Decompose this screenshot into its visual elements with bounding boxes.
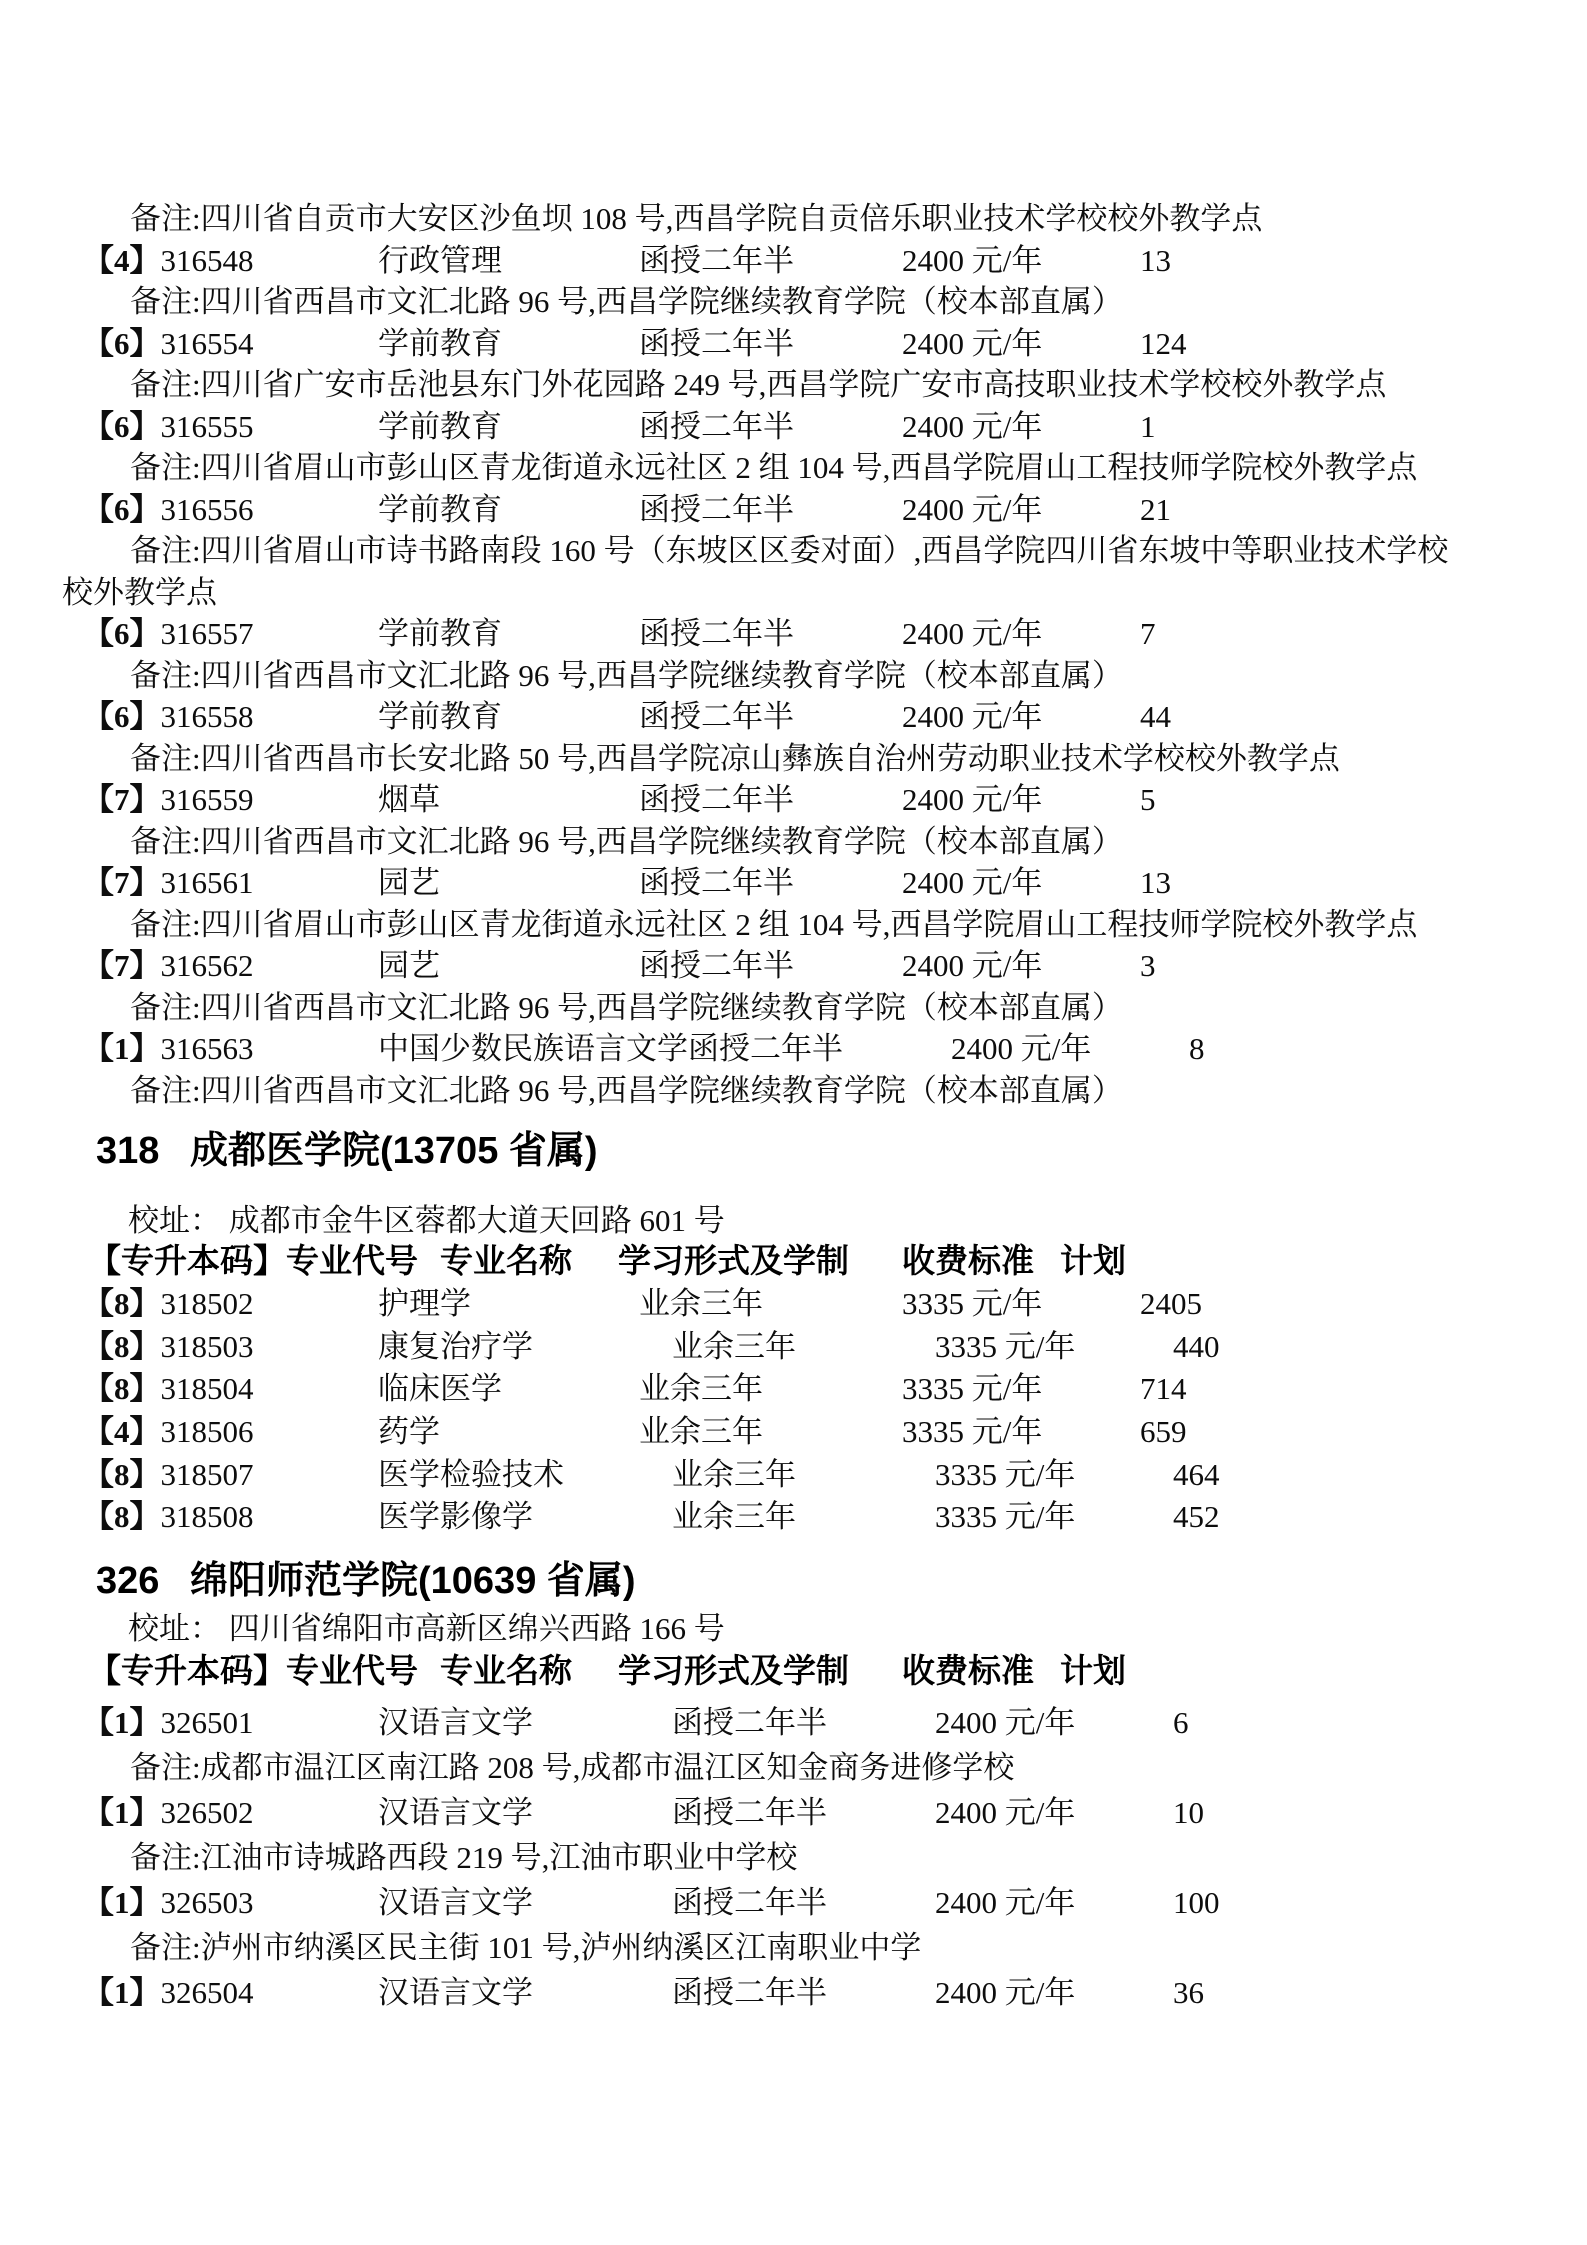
study-form: 函授二年半 [672, 1880, 935, 1925]
major-name: 药学 [378, 1411, 639, 1454]
program-code: 【4】318506 [83, 1411, 378, 1454]
batch-tag: 【6】 [83, 696, 161, 738]
col-header-plan: 计划 [1060, 1650, 1126, 1692]
fee-standard: 2400 元/年 [902, 862, 1140, 904]
major-name: 医学影像学 [378, 1496, 639, 1539]
remark-text: 校外教学点 [62, 575, 217, 610]
study-form: 函授二年半 [688, 1028, 951, 1070]
fee-standard: 3335 元/年 [935, 1326, 1173, 1369]
plan-count: 100 [1173, 1880, 1220, 1925]
col-header-code: 【专升本码】专业代号 [88, 1240, 440, 1282]
plan-count: 440 [1173, 1326, 1220, 1369]
batch-tag: 【8】 [83, 1496, 161, 1539]
program-code: 【6】316556 [83, 489, 378, 531]
major-name: 烟草 [378, 779, 639, 821]
plan-count: 7 [1140, 613, 1180, 655]
remark-line: 备注:四川省西昌市文汇北路 96 号,西昌学院继续教育学院（校本部直属） [0, 987, 1587, 1029]
remark-line: 备注:四川省自贡市大安区沙鱼坝 108 号,西昌学院自贡倍乐职业技术学校校外教学… [0, 198, 1587, 240]
major-name: 医学检验技术 [378, 1454, 639, 1497]
major-name: 行政管理 [378, 240, 639, 282]
col-header-form: 学习形式及学制 [618, 1240, 902, 1282]
major-code: 318503 [161, 1326, 254, 1369]
program-row: 【8】318504临床医学业余三年3335 元/年714 [0, 1368, 1587, 1411]
program-row: 【8】318502护理学业余三年3335 元/年2405 [0, 1283, 1587, 1326]
batch-tag: 【8】 [83, 1283, 161, 1326]
school-code: 318 [96, 1126, 190, 1176]
program-code: 【8】318508 [83, 1496, 378, 1539]
remark-text: 备注:泸州市纳溪区民主街 101 号,泸州纳溪区江南职业中学 [130, 1930, 921, 1965]
study-form: 业余三年 [672, 1454, 935, 1497]
school-name: 成都医学院(13705 省属) [190, 1126, 598, 1176]
plan-count: 464 [1173, 1454, 1220, 1497]
remark-line: 备注:泸州市纳溪区民主街 101 号,泸州纳溪区江南职业中学 [0, 1925, 1587, 1970]
plan-count: 3 [1140, 945, 1180, 987]
plan-count: 10 [1173, 1790, 1213, 1835]
program-row: 【6】316558学前教育函授二年半2400 元/年44 [0, 696, 1587, 738]
program-row: 【4】318506药学业余三年3335 元/年659 [0, 1411, 1587, 1454]
program-code: 【6】316558 [83, 696, 378, 738]
major-code: 326501 [161, 1700, 254, 1745]
program-row: 【6】316555学前教育函授二年半2400 元/年1 [0, 406, 1587, 448]
major-name: 学前教育 [378, 696, 639, 738]
major-code: 318506 [161, 1411, 254, 1454]
program-row: 【1】326503汉语言文学函授二年半2400 元/年100 [0, 1880, 1587, 1925]
batch-tag: 【8】 [83, 1454, 161, 1497]
program-row: 【1】326504汉语言文学函授二年半2400 元/年36 [0, 1970, 1587, 2015]
major-name: 康复治疗学 [378, 1326, 639, 1369]
major-code: 316554 [161, 323, 254, 365]
plan-count: 13 [1140, 862, 1180, 904]
fee-standard: 2400 元/年 [902, 240, 1140, 282]
remark-line: 备注:四川省眉山市彭山区青龙街道永远社区 2 组 104 号,西昌学院眉山工程技… [0, 447, 1587, 489]
program-row: 【7】316559烟草函授二年半2400 元/年5 [0, 779, 1587, 821]
major-code: 326504 [161, 1970, 254, 2015]
remark-text: 备注:四川省西昌市文汇北路 96 号,西昌学院继续教育学院（校本部直属） [130, 990, 1123, 1025]
program-code: 【1】326502 [83, 1790, 378, 1835]
remark-text: 备注:四川省西昌市文汇北路 96 号,西昌学院继续教育学院（校本部直属） [130, 658, 1123, 693]
major-name: 汉语言文学 [378, 1880, 639, 1925]
study-form: 业余三年 [672, 1326, 935, 1369]
program-code: 【6】316555 [83, 406, 378, 448]
col-header-form: 学习形式及学制 [618, 1650, 902, 1692]
fee-standard: 2400 元/年 [902, 945, 1140, 987]
program-code: 【8】318502 [83, 1283, 378, 1326]
plan-count: 659 [1140, 1411, 1187, 1454]
fee-standard: 2400 元/年 [935, 1970, 1173, 2015]
program-row: 【1】316563中国少数民族语言文学函授二年半2400 元/年8 [0, 1028, 1587, 1070]
major-name: 学前教育 [378, 323, 639, 365]
remark-text: 备注:四川省西昌市文汇北路 96 号,西昌学院继续教育学院（校本部直属） [130, 284, 1123, 319]
batch-tag: 【4】 [83, 1411, 161, 1454]
study-form: 业余三年 [672, 1496, 935, 1539]
major-code: 318504 [161, 1368, 254, 1411]
section-326-rows: 【1】326501汉语言文学函授二年半2400 元/年6 备注:成都市温江区南江… [0, 1700, 1587, 2015]
fee-standard: 2400 元/年 [902, 696, 1140, 738]
program-code: 【8】318507 [83, 1454, 378, 1497]
study-form: 业余三年 [639, 1411, 902, 1454]
program-row: 【6】316556学前教育函授二年半2400 元/年21 [0, 489, 1587, 531]
program-row: 【8】318503康复治疗学业余三年3335 元/年440 [0, 1326, 1587, 1369]
study-form: 函授二年半 [639, 862, 902, 904]
remark-text: 备注:四川省广安市岳池县东门外花园路 249 号,西昌学院广安市高技职业技术学校… [130, 367, 1386, 402]
batch-tag: 【6】 [83, 613, 161, 655]
fee-standard: 3335 元/年 [935, 1454, 1173, 1497]
study-form: 函授二年半 [639, 323, 902, 365]
fee-standard: 2400 元/年 [935, 1790, 1173, 1835]
remark-line: 备注:四川省西昌市文汇北路 96 号,西昌学院继续教育学院（校本部直属） [0, 281, 1587, 323]
program-row: 【6】316554学前教育函授二年半2400 元/年124 [0, 323, 1587, 365]
remark-line: 备注:四川省西昌市文汇北路 96 号,西昌学院继续教育学院（校本部直属） [0, 821, 1587, 863]
remark-text: 备注:四川省西昌市文汇北路 96 号,西昌学院继续教育学院（校本部直属） [130, 1073, 1123, 1108]
remark-line: 备注:四川省西昌市长安北路 50 号,西昌学院凉山彝族自治州劳动职业技术学校校外… [0, 738, 1587, 780]
remark-line: 备注:四川省眉山市彭山区青龙街道永远社区 2 组 104 号,西昌学院眉山工程技… [0, 904, 1587, 946]
fee-standard: 3335 元/年 [902, 1368, 1140, 1411]
program-code: 【4】316548 [83, 240, 378, 282]
remark-text: 备注:四川省眉山市彭山区青龙街道永远社区 2 组 104 号,西昌学院眉山工程技… [130, 907, 1417, 942]
batch-tag: 【6】 [83, 323, 161, 365]
program-row: 【7】316561园艺函授二年半2400 元/年13 [0, 862, 1587, 904]
major-code: 318508 [161, 1496, 254, 1539]
major-code: 316563 [161, 1028, 254, 1070]
col-header-fee: 收费标准 [902, 1650, 1060, 1692]
major-name: 汉语言文学 [378, 1700, 639, 1745]
fee-standard: 2400 元/年 [902, 323, 1140, 365]
campus-address: 校址： 四川省绵阳市高新区绵兴西路 166 号 [0, 1608, 1587, 1650]
school-code: 326 [96, 1556, 190, 1606]
major-code: 316556 [161, 489, 254, 531]
major-name: 学前教育 [378, 613, 639, 655]
major-name: 学前教育 [378, 489, 639, 531]
plan-count: 21 [1140, 489, 1180, 531]
fee-standard: 2400 元/年 [902, 613, 1140, 655]
batch-tag: 【4】 [83, 240, 161, 282]
batch-tag: 【1】 [83, 1880, 161, 1925]
major-code: 316557 [161, 613, 254, 655]
batch-tag: 【6】 [83, 406, 161, 448]
batch-tag: 【1】 [83, 1028, 161, 1070]
major-code: 316548 [161, 240, 254, 282]
batch-tag: 【6】 [83, 489, 161, 531]
program-code: 【1】326501 [83, 1700, 378, 1745]
campus-address-text: 校址： 成都市金牛区蓉都大道天回路 601 号 [128, 1203, 725, 1238]
fee-standard: 2400 元/年 [902, 489, 1140, 531]
col-header-plan: 计划 [1060, 1240, 1126, 1282]
col-header-fee: 收费标准 [902, 1240, 1060, 1282]
program-code: 【8】318504 [83, 1368, 378, 1411]
study-form: 函授二年半 [639, 240, 902, 282]
school-name: 绵阳师范学院(10639 省属) [190, 1556, 636, 1606]
batch-tag: 【1】 [83, 1970, 161, 2015]
plan-count: 8 [1189, 1028, 1229, 1070]
remark-text: 备注:四川省西昌市文汇北路 96 号,西昌学院继续教育学院（校本部直属） [130, 824, 1123, 859]
remark-text: 备注:成都市温江区南江路 208 号,成都市温江区知金商务进修学校 [130, 1750, 1014, 1785]
major-name: 园艺 [378, 862, 639, 904]
study-form: 函授二年半 [639, 945, 902, 987]
section-318-rows: 【8】318502护理学业余三年3335 元/年2405 【8】318503康复… [0, 1283, 1587, 1539]
major-code: 318507 [161, 1454, 254, 1497]
major-name: 园艺 [378, 945, 639, 987]
study-form: 业余三年 [639, 1283, 902, 1326]
program-code: 【1】316563 [83, 1028, 378, 1070]
program-row: 【1】326502汉语言文学函授二年半2400 元/年10 [0, 1790, 1587, 1835]
remark-line: 备注:四川省西昌市文汇北路 96 号,西昌学院继续教育学院（校本部直属） [0, 1070, 1587, 1112]
plan-count: 6 [1173, 1700, 1213, 1745]
major-code: 316558 [161, 696, 254, 738]
major-code: 316559 [161, 779, 254, 821]
program-code: 【6】316554 [83, 323, 378, 365]
section-316-rows: 备注:四川省自贡市大安区沙鱼坝 108 号,西昌学院自贡倍乐职业技术学校校外教学… [0, 198, 1587, 1111]
table-header: 【专升本码】专业代号专业名称学习形式及学制收费标准计划 [0, 1650, 1587, 1692]
program-code: 【7】316562 [83, 945, 378, 987]
major-code: 318502 [161, 1283, 254, 1326]
remark-line: 备注:四川省眉山市诗书路南段 160 号（东坡区区委对面）,西昌学院四川省东坡中… [0, 530, 1587, 572]
fee-standard: 3335 元/年 [902, 1411, 1140, 1454]
section-header-326: 326绵阳师范学院(10639 省属) [0, 1556, 1587, 1606]
batch-tag: 【8】 [83, 1368, 161, 1411]
program-code: 【1】326504 [83, 1970, 378, 2015]
remark-line: 备注:江油市诗城路西段 219 号,江油市职业中学校 [0, 1835, 1587, 1880]
fee-standard: 2400 元/年 [935, 1880, 1173, 1925]
fee-standard: 3335 元/年 [902, 1283, 1140, 1326]
batch-tag: 【1】 [83, 1790, 161, 1835]
remark-line: 备注:成都市温江区南江路 208 号,成都市温江区知金商务进修学校 [0, 1745, 1587, 1790]
batch-tag: 【7】 [83, 862, 161, 904]
major-name: 汉语言文学 [378, 1790, 639, 1835]
study-form: 函授二年半 [672, 1970, 935, 2015]
remark-text: 备注:四川省眉山市彭山区青龙街道永远社区 2 组 104 号,西昌学院眉山工程技… [130, 450, 1417, 485]
major-name: 护理学 [378, 1283, 639, 1326]
study-form: 函授二年半 [639, 613, 902, 655]
campus-address: 校址： 成都市金牛区蓉都大道天回路 601 号 [0, 1200, 1587, 1242]
program-row: 【8】318508医学影像学业余三年3335 元/年452 [0, 1496, 1587, 1539]
remark-continuation-line: 校外教学点 [0, 572, 1587, 614]
plan-count: 13 [1140, 240, 1180, 282]
fee-standard: 2400 元/年 [902, 779, 1140, 821]
col-header-major: 专业名称 [440, 1650, 618, 1692]
col-header-major: 专业名称 [440, 1240, 618, 1282]
batch-tag: 【1】 [83, 1700, 161, 1745]
study-form: 业余三年 [639, 1368, 902, 1411]
plan-count: 452 [1173, 1496, 1220, 1539]
batch-tag: 【7】 [83, 779, 161, 821]
major-name: 临床医学 [378, 1368, 639, 1411]
major-code: 316561 [161, 862, 254, 904]
batch-tag: 【8】 [83, 1326, 161, 1369]
remark-text: 备注:四川省眉山市诗书路南段 160 号（东坡区区委对面）,西昌学院四川省东坡中… [130, 533, 1448, 568]
major-code: 326503 [161, 1880, 254, 1925]
remark-text: 备注:江油市诗城路西段 219 号,江油市职业中学校 [130, 1840, 797, 1875]
major-name: 学前教育 [378, 406, 639, 448]
program-row: 【8】318507医学检验技术业余三年3335 元/年464 [0, 1454, 1587, 1497]
study-form: 函授二年半 [639, 406, 902, 448]
remark-line: 备注:四川省西昌市文汇北路 96 号,西昌学院继续教育学院（校本部直属） [0, 655, 1587, 697]
batch-tag: 【7】 [83, 945, 161, 987]
program-row: 【6】316557学前教育函授二年半2400 元/年7 [0, 613, 1587, 655]
study-form: 函授二年半 [672, 1790, 935, 1835]
fee-standard: 2400 元/年 [902, 406, 1140, 448]
fee-standard: 2400 元/年 [935, 1700, 1173, 1745]
campus-address-text: 校址： 四川省绵阳市高新区绵兴西路 166 号 [128, 1611, 725, 1646]
study-form: 函授二年半 [639, 696, 902, 738]
section-header-318: 318成都医学院(13705 省属) [0, 1126, 1587, 1176]
program-row: 【1】326501汉语言文学函授二年半2400 元/年6 [0, 1700, 1587, 1745]
plan-count: 5 [1140, 779, 1180, 821]
fee-standard: 2400 元/年 [951, 1028, 1189, 1070]
major-code: 316562 [161, 945, 254, 987]
program-row: 【4】316548行政管理函授二年半2400 元/年13 [0, 240, 1587, 282]
major-name: 汉语言文学 [378, 1970, 639, 2015]
program-code: 【6】316557 [83, 613, 378, 655]
program-code: 【8】318503 [83, 1326, 378, 1369]
program-row: 【7】316562园艺函授二年半2400 元/年3 [0, 945, 1587, 987]
study-form: 函授二年半 [672, 1700, 935, 1745]
document-page: 备注:四川省自贡市大安区沙鱼坝 108 号,西昌学院自贡倍乐职业技术学校校外教学… [0, 0, 1587, 2245]
plan-count: 124 [1140, 323, 1187, 365]
program-code: 【7】316559 [83, 779, 378, 821]
remark-line: 备注:四川省广安市岳池县东门外花园路 249 号,西昌学院广安市高技职业技术学校… [0, 364, 1587, 406]
plan-count: 714 [1140, 1368, 1187, 1411]
col-header-code: 【专升本码】专业代号 [88, 1650, 440, 1692]
remark-text: 备注:四川省西昌市长安北路 50 号,西昌学院凉山彝族自治州劳动职业技术学校校外… [130, 741, 1340, 776]
table-header: 【专升本码】专业代号专业名称学习形式及学制收费标准计划 [0, 1240, 1587, 1282]
study-form: 函授二年半 [639, 779, 902, 821]
plan-count: 1 [1140, 406, 1180, 448]
plan-count: 44 [1140, 696, 1180, 738]
program-code: 【7】316561 [83, 862, 378, 904]
program-code: 【1】326503 [83, 1880, 378, 1925]
remark-text: 备注:四川省自贡市大安区沙鱼坝 108 号,西昌学院自贡倍乐职业技术学校校外教学… [130, 201, 1262, 236]
plan-count: 36 [1173, 1970, 1213, 2015]
major-name: 中国少数民族语言文学 [378, 1028, 688, 1070]
major-code: 316555 [161, 406, 254, 448]
study-form: 函授二年半 [639, 489, 902, 531]
major-code: 326502 [161, 1790, 254, 1835]
plan-count: 2405 [1140, 1283, 1202, 1326]
fee-standard: 3335 元/年 [935, 1496, 1173, 1539]
